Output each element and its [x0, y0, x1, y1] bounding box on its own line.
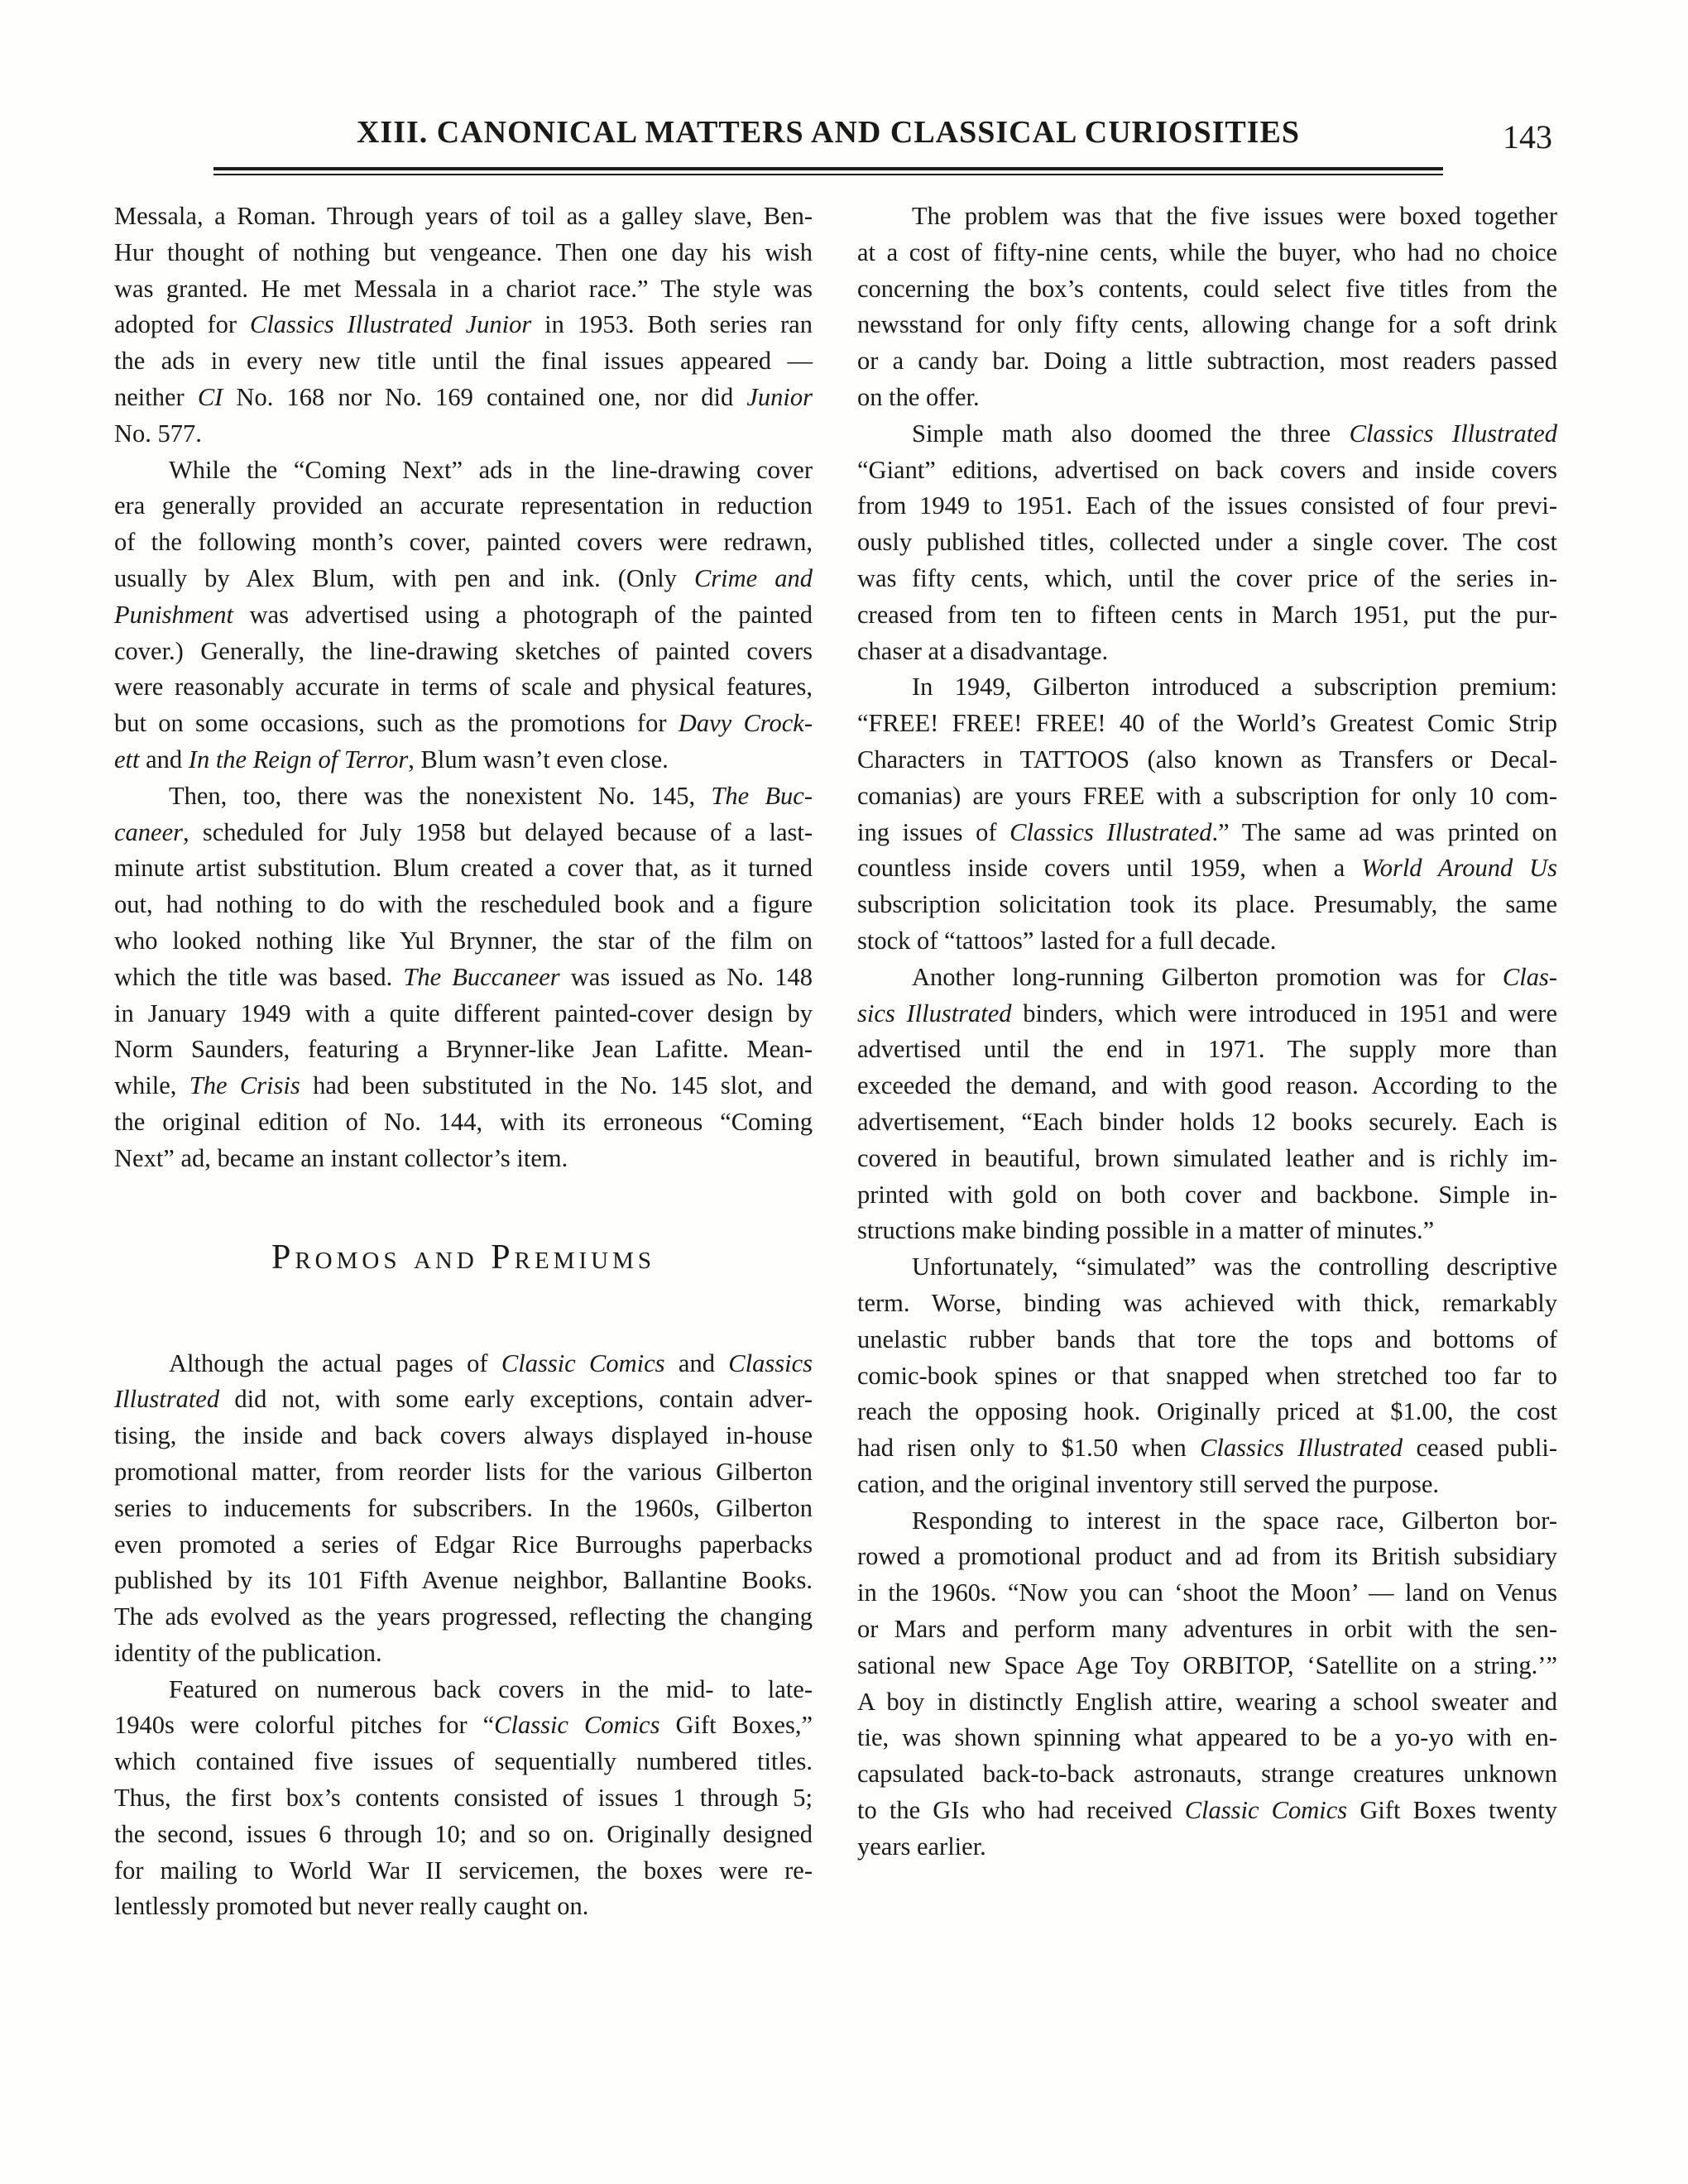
text-segment: tie, was shown spinning what appeared to… — [857, 1723, 1557, 1751]
text-segment: adopted for — [114, 310, 250, 338]
text-segment: neither — [114, 383, 198, 411]
text-line: on the offer. — [857, 380, 1557, 416]
text-segment: was advertised using a photograph of the… — [233, 601, 813, 629]
text-segment: unelastic rubber bands that tore the top… — [857, 1325, 1557, 1353]
text-line: subscription solicitation took its place… — [857, 887, 1557, 923]
text-segment: structions make binding possible in a ma… — [857, 1216, 1434, 1244]
text-segment: Gift Boxes twenty — [1347, 1796, 1557, 1824]
text-segment: binders, which were introduced in 1951 a… — [1012, 999, 1557, 1027]
text-line: which contained five issues of sequentia… — [114, 1744, 813, 1780]
text-line: Hur thought of nothing but vengeance. Th… — [114, 235, 813, 271]
text-line: even promoted a series of Edgar Rice Bur… — [114, 1527, 813, 1564]
text-line: cover.) Generally, the line-drawing sket… — [114, 634, 813, 670]
italic-text-segment: Classic Comics — [501, 1349, 665, 1377]
text-segment: capsulated back-to-back astronauts, stra… — [857, 1760, 1557, 1788]
text-segment: was granted. He met Messala in a chariot… — [114, 275, 813, 303]
text-line: Norm Saunders, featuring a Brynner-like … — [114, 1032, 813, 1068]
text-line: printed with gold on both cover and back… — [857, 1177, 1557, 1214]
text-segment: In 1949, Gilberton introduced a subscrip… — [912, 673, 1557, 701]
text-line: While the “Coming Next” ads in the line-… — [114, 453, 813, 489]
text-segment: ing issues of — [857, 818, 1009, 846]
text-line: era generally provided an accurate repre… — [114, 488, 813, 524]
text-line: advertisement, “Each binder holds 12 boo… — [857, 1104, 1557, 1141]
text-segment: minute artist substitution. Blum created… — [114, 854, 813, 882]
text-segment: in 1953. Both series ran — [531, 310, 813, 338]
text-line: Punishment was advertised using a photog… — [114, 597, 813, 634]
text-line: was fifty cents, which, until the cover … — [857, 561, 1557, 597]
italic-text-segment: Junior — [746, 383, 813, 411]
italic-text-segment: Classics Illustrated — [1200, 1434, 1403, 1462]
paragraph: Another long-running Gilberton promotion… — [857, 960, 1557, 1249]
text-line: to the GIs who had received Classic Comi… — [857, 1793, 1557, 1829]
text-segment: and — [665, 1349, 729, 1377]
text-line: comanias) are yours FREE with a subscrip… — [857, 778, 1557, 815]
italic-text-segment: Classic Comics — [494, 1711, 659, 1739]
text-segment: was issued as No. 148 — [560, 963, 813, 991]
text-line: creased from ten to fifteen cents in Mar… — [857, 597, 1557, 634]
text-segment: did not, with some early exceptions, con… — [219, 1385, 813, 1413]
italic-text-segment: Classic Comics — [1185, 1796, 1347, 1824]
text-segment: which contained five issues of sequentia… — [114, 1747, 813, 1775]
text-line: The problem was that the five issues wer… — [857, 199, 1557, 235]
text-segment: comanias) are yours FREE with a subscrip… — [857, 782, 1557, 810]
text-line: unelastic rubber bands that tore the top… — [857, 1322, 1557, 1358]
text-segment: lentlessly promoted but never really cau… — [114, 1892, 588, 1920]
text-line: capsulated back-to-back astronauts, stra… — [857, 1756, 1557, 1793]
paragraph: Featured on numerous back covers in the … — [114, 1672, 813, 1926]
paragraph: Simple math also doomed the three Classi… — [857, 416, 1557, 670]
text-segment: from 1949 to 1951. Each of the issues co… — [857, 491, 1557, 520]
text-line: Another long-running Gilberton promotion… — [857, 960, 1557, 996]
text-segment: the second, issues 6 through 10; and so … — [114, 1820, 813, 1848]
text-line: or a candy bar. Doing a little subtracti… — [857, 343, 1557, 380]
text-line: series to inducements for subscribers. I… — [114, 1491, 813, 1527]
italic-text-segment: ett — [114, 745, 140, 773]
text-line: Next” ad, became an instant collector’s … — [114, 1141, 813, 1177]
text-line: Featured on numerous back covers in the … — [114, 1672, 813, 1708]
text-line: tising, the inside and back covers alway… — [114, 1418, 813, 1454]
text-segment: advertised until the end in 1971. The su… — [857, 1035, 1557, 1063]
text-segment: 1940s were colorful pitches for “ — [114, 1711, 494, 1739]
text-segment: had risen only to $1.50 when — [857, 1434, 1200, 1462]
text-line: ously published titles, collected under … — [857, 524, 1557, 561]
text-segment: promotional matter, from reorder lists f… — [114, 1458, 813, 1486]
text-segment: Messala, a Roman. Through years of toil … — [114, 202, 813, 230]
chapter-title: XIII. CANONICAL MATTERS AND CLASSICAL CU… — [213, 114, 1443, 152]
italic-text-segment: caneer — [114, 818, 183, 846]
text-segment: printed with gold on both cover and back… — [857, 1181, 1557, 1209]
text-line: minute artist substitution. Blum created… — [114, 850, 813, 887]
italic-text-segment: Classics — [728, 1349, 813, 1377]
italic-text-segment: Punishment — [114, 601, 233, 629]
text-segment: countless inside covers until 1959, when… — [857, 854, 1361, 882]
text-segment: “Giant” editions, advertised on back cov… — [857, 456, 1557, 484]
text-segment: which the title was based. — [114, 963, 403, 991]
text-line: who looked nothing like Yul Brynner, the… — [114, 923, 813, 960]
text-segment: who looked nothing like Yul Brynner, the… — [114, 927, 813, 955]
italic-text-segment: Crime and — [694, 564, 813, 592]
text-line: reach the opposing hook. Originally pric… — [857, 1394, 1557, 1430]
running-header: XIII. CANONICAL MATTERS AND CLASSICAL CU… — [213, 114, 1443, 152]
text-segment: chaser at a disadvantage. — [857, 637, 1108, 665]
text-segment: The ads evolved as the years progressed,… — [114, 1602, 813, 1631]
book-page: XIII. CANONICAL MATTERS AND CLASSICAL CU… — [0, 0, 1688, 2184]
text-line: No. 577. — [114, 416, 813, 453]
text-line: Unfortunately, “simulated” was the contr… — [857, 1249, 1557, 1286]
text-segment: on the offer. — [857, 383, 980, 411]
text-segment: while, — [114, 1071, 189, 1099]
text-segment: usually by Alex Blum, with pen and ink. … — [114, 564, 694, 592]
text-segment: or Mars and perform many adventures in o… — [857, 1615, 1557, 1643]
text-line: lentlessly promoted but never really cau… — [114, 1889, 813, 1925]
italic-text-segment: Clas- — [1503, 963, 1557, 991]
text-line: Then, too, there was the nonexistent No.… — [114, 778, 813, 815]
text-segment: identity of the publication. — [114, 1639, 382, 1667]
text-line: cation, and the original inventory still… — [857, 1467, 1557, 1503]
text-line: out, had nothing to do with the reschedu… — [114, 887, 813, 923]
text-line: at a cost of fifty-nine cents, while the… — [857, 235, 1557, 271]
text-line: Responding to interest in the space race… — [857, 1503, 1557, 1540]
text-segment: Norm Saunders, featuring a Brynner-like … — [114, 1035, 813, 1063]
section-heading: Promos and Premiums — [114, 1237, 813, 1278]
text-segment: years earlier. — [857, 1832, 986, 1861]
text-segment: Unfortunately, “simulated” was the contr… — [912, 1252, 1557, 1281]
italic-text-segment: Classics Illustrated — [1350, 419, 1557, 448]
text-line: In 1949, Gilberton introduced a subscrip… — [857, 669, 1557, 706]
text-segment: No. 577. — [114, 419, 202, 448]
italic-text-segment: sics Illustrated — [857, 999, 1012, 1027]
text-line: covered in beautiful, brown simulated le… — [857, 1141, 1557, 1177]
text-segment: was fifty cents, which, until the cover … — [857, 564, 1557, 592]
paragraph: In 1949, Gilberton introduced a subscrip… — [857, 669, 1557, 959]
paragraph: Responding to interest in the space race… — [857, 1503, 1557, 1865]
text-segment: for mailing to World War II servicemen, … — [114, 1856, 813, 1885]
text-line: ing issues of Classics Illustrated.” The… — [857, 815, 1557, 851]
italic-text-segment: The Crisis — [189, 1071, 300, 1099]
text-line: advertised until the end in 1971. The su… — [857, 1032, 1557, 1068]
text-segment: had been substituted in the No. 145 slot… — [300, 1071, 813, 1099]
text-segment: tising, the inside and back covers alway… — [114, 1421, 813, 1449]
text-line: 1940s were colorful pitches for “Classic… — [114, 1707, 813, 1744]
text-line: from 1949 to 1951. Each of the issues co… — [857, 488, 1557, 524]
text-line: of the following month’s cover, painted … — [114, 524, 813, 561]
text-line: the second, issues 6 through 10; and so … — [114, 1817, 813, 1853]
text-segment: Next” ad, became an instant collector’s … — [114, 1144, 568, 1172]
text-line: neither CI No. 168 nor No. 169 contained… — [114, 380, 813, 416]
text-segment: cation, and the original inventory still… — [857, 1470, 1439, 1498]
text-segment: While the “Coming Next” ads in the line-… — [169, 456, 813, 484]
text-segment: cover.) Generally, the line-drawing sket… — [114, 637, 813, 665]
text-line: stock of “tattoos” lasted for a full dec… — [857, 923, 1557, 960]
text-line: concerning the box’s contents, could sel… — [857, 271, 1557, 308]
italic-text-segment: The Buccaneer — [403, 963, 559, 991]
text-line: Simple math also doomed the three Classi… — [857, 416, 1557, 453]
paragraph: The problem was that the five issues wer… — [857, 199, 1557, 416]
text-line: Messala, a Roman. Through years of toil … — [114, 199, 813, 235]
text-segment: Thus, the first box’s contents consisted… — [114, 1784, 813, 1812]
text-segment: newsstand for only fifty cents, allowing… — [857, 310, 1557, 338]
text-segment: , Blum wasn’t even close. — [408, 745, 669, 773]
text-line: Illustrated did not, with some early exc… — [114, 1382, 813, 1418]
text-segment: the ads in every new title until the fin… — [114, 347, 813, 375]
text-segment: “FREE! FREE! FREE! 40 of the World’s Gre… — [857, 709, 1557, 737]
text-segment: Then, too, there was the nonexistent No.… — [169, 782, 711, 810]
text-line: The ads evolved as the years progressed,… — [114, 1599, 813, 1636]
text-segment: Gift Boxes,” — [659, 1711, 813, 1739]
italic-text-segment: In the Reign of Terror — [189, 745, 408, 773]
text-segment: covered in beautiful, brown simulated le… — [857, 1144, 1557, 1172]
text-segment: Although the actual pages of — [169, 1349, 501, 1377]
text-line: “Giant” editions, advertised on back cov… — [857, 453, 1557, 489]
text-line: newsstand for only fifty cents, allowing… — [857, 307, 1557, 343]
text-line: for mailing to World War II servicemen, … — [114, 1853, 813, 1889]
text-segment: at a cost of fifty-nine cents, while the… — [857, 238, 1557, 266]
text-line: which the title was based. The Buccaneer… — [114, 960, 813, 996]
paragraph: Although the actual pages of Classic Com… — [114, 1346, 813, 1672]
paragraph: Unfortunately, “simulated” was the contr… — [857, 1249, 1557, 1503]
text-line: exceeded the demand, and with good reaso… — [857, 1068, 1557, 1104]
text-segment: but on some occasions, such as the promo… — [114, 709, 679, 737]
italic-text-segment: Classics Illustrated Junior — [250, 310, 531, 338]
text-segment: or a candy bar. Doing a little subtracti… — [857, 347, 1557, 375]
text-segment: out, had nothing to do with the reschedu… — [114, 890, 813, 918]
text-line: promotional matter, from reorder lists f… — [114, 1454, 813, 1491]
page-number: 143 — [1478, 117, 1577, 157]
text-segment: Another long-running Gilberton promotion… — [912, 963, 1503, 991]
text-segment: A boy in distinctly English attire, wear… — [857, 1688, 1557, 1716]
text-line: or Mars and perform many adventures in o… — [857, 1612, 1557, 1648]
text-line: was granted. He met Messala in a chariot… — [114, 271, 813, 308]
text-segment: term. Worse, binding was achieved with t… — [857, 1289, 1557, 1317]
text-segment: series to inducements for subscribers. I… — [114, 1494, 813, 1522]
text-segment: advertisement, “Each binder holds 12 boo… — [857, 1108, 1557, 1136]
text-segment: No. 168 nor No. 169 contained one, nor d… — [223, 383, 746, 411]
text-segment: stock of “tattoos” lasted for a full dec… — [857, 927, 1276, 955]
header-rule — [213, 167, 1443, 175]
text-segment: in the 1960s. “Now you can ‘shoot the Mo… — [857, 1578, 1557, 1607]
text-segment: concerning the box’s contents, could sel… — [857, 275, 1557, 303]
text-segment: were reasonably accurate in terms of sca… — [114, 673, 813, 701]
text-segment: Hur thought of nothing but vengeance. Th… — [114, 238, 813, 266]
text-line: in the 1960s. “Now you can ‘shoot the Mo… — [857, 1575, 1557, 1612]
text-segment: even promoted a series of Edgar Rice Bur… — [114, 1530, 813, 1559]
text-segment: the original edition of No. 144, with it… — [114, 1108, 813, 1136]
text-line: had risen only to $1.50 when Classics Il… — [857, 1430, 1557, 1467]
text-segment: in January 1949 with a quite different p… — [114, 999, 813, 1027]
right-column: The problem was that the five issues wer… — [857, 199, 1557, 1865]
text-line: “FREE! FREE! FREE! 40 of the World’s Gre… — [857, 706, 1557, 742]
text-line: published by its 101 Fifth Avenue neighb… — [114, 1563, 813, 1599]
paragraph: Messala, a Roman. Through years of toil … — [114, 199, 813, 453]
text-line: identity of the publication. — [114, 1636, 813, 1672]
text-line: term. Worse, binding was achieved with t… — [857, 1286, 1557, 1322]
text-segment: comic-book spines or that snapped when s… — [857, 1362, 1557, 1390]
text-line: comic-book spines or that snapped when s… — [857, 1358, 1557, 1395]
text-segment: exceeded the demand, and with good reaso… — [857, 1071, 1557, 1099]
text-segment: , scheduled for July 1958 but delayed be… — [183, 818, 813, 846]
italic-text-segment: CI — [198, 383, 223, 411]
left-column: Messala, a Roman. Through years of toil … — [114, 199, 813, 1925]
italic-text-segment: Classics Illustrated — [1009, 818, 1211, 846]
text-segment: .” The same ad was printed on — [1212, 818, 1558, 846]
text-line: Although the actual pages of Classic Com… — [114, 1346, 813, 1382]
text-segment: ously published titles, collected under … — [857, 528, 1557, 556]
text-line: while, The Crisis had been substituted i… — [114, 1068, 813, 1104]
text-line: the ads in every new title until the fin… — [114, 343, 813, 380]
text-segment: The problem was that the five issues wer… — [912, 202, 1557, 230]
italic-text-segment: Illustrated — [114, 1385, 219, 1413]
text-segment: to the GIs who had received — [857, 1796, 1185, 1824]
text-line: structions make binding possible in a ma… — [857, 1213, 1557, 1249]
text-line: usually by Alex Blum, with pen and ink. … — [114, 561, 813, 597]
text-line: chaser at a disadvantage. — [857, 634, 1557, 670]
text-line: years earlier. — [857, 1829, 1557, 1865]
text-segment: Characters in TATTOOS (also known as Tra… — [857, 745, 1557, 773]
text-segment: Simple math also doomed the three — [912, 419, 1350, 448]
italic-text-segment: Davy Crock- — [679, 709, 813, 737]
text-line: Characters in TATTOOS (also known as Tra… — [857, 742, 1557, 778]
text-line: were reasonably accurate in terms of sca… — [114, 669, 813, 706]
text-line: A boy in distinctly English attire, wear… — [857, 1684, 1557, 1721]
text-line: in January 1949 with a quite different p… — [114, 996, 813, 1032]
text-segment: Featured on numerous back covers in the … — [169, 1675, 813, 1703]
text-line: tie, was shown spinning what appeared to… — [857, 1720, 1557, 1756]
text-line: adopted for Classics Illustrated Junior … — [114, 307, 813, 343]
text-line: rowed a promotional product and ad from … — [857, 1539, 1557, 1575]
text-line: countless inside covers until 1959, when… — [857, 850, 1557, 887]
text-line: ett and In the Reign of Terror, Blum was… — [114, 742, 813, 778]
text-segment: reach the opposing hook. Originally pric… — [857, 1397, 1557, 1425]
text-segment: of the following month’s cover, painted … — [114, 528, 813, 556]
text-line: the original edition of No. 144, with it… — [114, 1104, 813, 1141]
text-segment: published by its 101 Fifth Avenue neighb… — [114, 1566, 813, 1594]
italic-text-segment: World Around Us — [1361, 854, 1557, 882]
text-segment: subscription solicitation took its place… — [857, 890, 1557, 918]
text-line: sics Illustrated binders, which were int… — [857, 996, 1557, 1032]
paragraph: While the “Coming Next” ads in the line-… — [114, 453, 813, 778]
paragraph: Then, too, there was the nonexistent No.… — [114, 778, 813, 1177]
text-segment: sational new Space Age Toy ORBITOP, ‘Sat… — [857, 1651, 1557, 1679]
text-segment: rowed a promotional product and ad from … — [857, 1542, 1557, 1570]
italic-text-segment: The Buc- — [711, 782, 813, 810]
text-segment: ceased publi- — [1403, 1434, 1557, 1462]
text-segment: era generally provided an accurate repre… — [114, 491, 813, 520]
text-line: caneer, scheduled for July 1958 but dela… — [114, 815, 813, 851]
text-line: sational new Space Age Toy ORBITOP, ‘Sat… — [857, 1648, 1557, 1684]
text-segment: and — [140, 745, 189, 773]
text-line: Thus, the first box’s contents consisted… — [114, 1780, 813, 1817]
text-line: but on some occasions, such as the promo… — [114, 706, 813, 742]
text-segment: creased from ten to fifteen cents in Mar… — [857, 601, 1557, 629]
text-segment: Responding to interest in the space race… — [912, 1506, 1557, 1535]
